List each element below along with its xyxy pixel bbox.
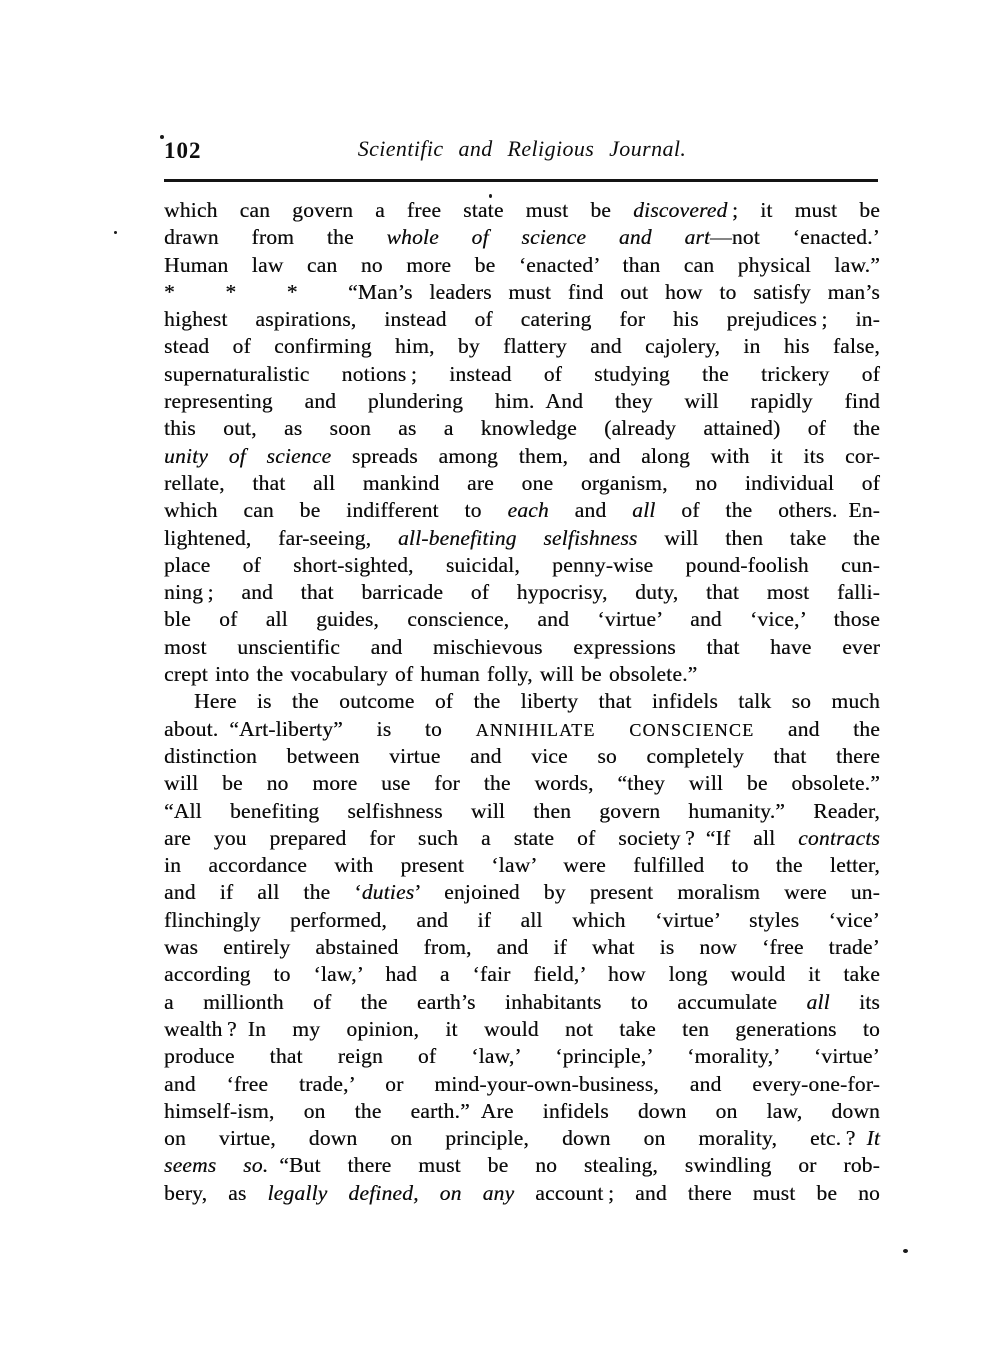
text-run: highest aspirations, instead of catering… — [164, 307, 880, 331]
text-run: “But there must be no stealing, swindlin… — [268, 1153, 880, 1177]
text-run: and the — [754, 717, 880, 741]
text-line: lightened, far-seeing, all-benefiting se… — [164, 525, 880, 552]
text-line: was entirely abstained from, and if what… — [164, 934, 880, 961]
text-line: Human law can no more be ‘enacted’ than … — [164, 252, 880, 279]
text-run: rellate, that all mankind are one organi… — [164, 471, 880, 495]
text-run: a millionth of the earth’s inhabitants t… — [164, 990, 806, 1014]
text-line: on virtue, down on principle, down on mo… — [164, 1125, 880, 1152]
text-run: flinchingly performed, and if all which … — [164, 908, 880, 932]
text-run: and ‘free trade,’ or mind-your-own-busin… — [164, 1072, 880, 1096]
text-line: about. “Art-liberty” is to ANNIHILATE CO… — [164, 716, 880, 743]
text-line: drawn from the whole of science and art—… — [164, 224, 880, 251]
small-caps-run: ANNIHILATE CONSCIENCE — [476, 720, 755, 740]
text-line: a millionth of the earth’s inhabitants t… — [164, 989, 880, 1016]
text-run: lightened, far-seeing, — [164, 526, 398, 550]
text-line: produce that reign of ‘law,’ ‘principle,… — [164, 1043, 880, 1070]
text-line: “All benefiting selfishness will then go… — [164, 798, 880, 825]
paragraph: which can govern a free state must be di… — [164, 197, 880, 688]
text-run: * * * “Man’s leaders must find out how t… — [164, 280, 880, 304]
text-run: most unscientific and mischievous expres… — [164, 635, 880, 659]
text-run: Human law can no more be ‘enacted’ than … — [164, 253, 880, 277]
text-run: which can govern a free state must be — [164, 198, 633, 222]
scan-speck — [489, 194, 492, 198]
text-line: representing and plundering him. And the… — [164, 388, 880, 415]
text-line: * * * “Man’s leaders must find out how t… — [164, 279, 880, 306]
italic-run: all — [632, 498, 655, 522]
text-line: supernaturalistic notions ; instead of s… — [164, 361, 880, 388]
text-run: crept into the vocabulary of human folly… — [164, 662, 697, 686]
text-run: produce that reign of ‘law,’ ‘principle,… — [164, 1044, 880, 1068]
text-line: are you prepared for such a state of soc… — [164, 825, 880, 852]
text-run: and if all the ‘ — [164, 880, 362, 904]
text-run: himself-ism, on the earth.” Are infidels… — [164, 1099, 880, 1123]
italic-run: all — [806, 990, 829, 1014]
italic-run: It — [866, 1126, 880, 1150]
text-run: its — [830, 990, 880, 1014]
text-run: bery, as — [164, 1181, 268, 1205]
text-run: of the others. En- — [655, 498, 880, 522]
text-line: ning ; and that barricade of hypocrisy, … — [164, 579, 880, 606]
text-line: crept into the vocabulary of human folly… — [164, 661, 880, 688]
text-line: most unscientific and mischievous expres… — [164, 634, 880, 661]
text-line: unity of science spreads among them, and… — [164, 443, 880, 470]
italic-run: duties — [362, 880, 415, 904]
text-line: and if all the ‘duties’ enjoined by pres… — [164, 879, 880, 906]
text-line: bery, as legally defined, on any account… — [164, 1180, 880, 1207]
italic-run: legally defined, on any — [268, 1181, 515, 1205]
text-line: seems so. “But there must be no stealing… — [164, 1152, 880, 1179]
text-line: stead of confirming him, by flattery and… — [164, 333, 880, 360]
text-run: which can be indifferent to — [164, 498, 507, 522]
text-line: ble of all guides, conscience, and ‘virt… — [164, 606, 880, 633]
text-run: “All benefiting selfishness will then go… — [164, 799, 880, 823]
text-run: account ; and there must be no — [514, 1181, 880, 1205]
text-run: representing and plundering him. And the… — [164, 389, 880, 413]
text-run: ; it must be — [727, 198, 880, 222]
italic-run: whole of science and art — [386, 225, 710, 249]
text-run: about. “Art-liberty” is to — [164, 717, 476, 741]
text-run: supernaturalistic notions ; instead of s… — [164, 362, 880, 386]
text-run: this out, as soon as a knowledge (alread… — [164, 416, 880, 440]
italic-run: discovered — [633, 198, 727, 222]
body-text: which can govern a free state must be di… — [164, 197, 880, 1207]
text-run: ning ; and that barricade of hypocrisy, … — [164, 580, 880, 604]
italic-run: each — [507, 498, 548, 522]
italic-run: unity of science — [164, 444, 331, 468]
text-line: this out, as soon as a knowledge (alread… — [164, 415, 880, 442]
scan-speck — [903, 1249, 908, 1253]
text-line: wealth ? In my opinion, it would not tak… — [164, 1016, 880, 1043]
text-line: according to ‘law,’ had a ‘fair field,’ … — [164, 961, 880, 988]
text-run: stead of confirming him, by flattery and… — [164, 334, 880, 358]
text-line: which can be indifferent to each and all… — [164, 497, 880, 524]
text-run: place of short-sighted, suicidal, penny-… — [164, 553, 880, 577]
text-run: ble of all guides, conscience, and ‘virt… — [164, 607, 880, 631]
text-run: according to ‘law,’ had a ‘fair field,’ … — [164, 962, 880, 986]
text-run: and — [549, 498, 632, 522]
text-line: which can govern a free state must be di… — [164, 197, 880, 224]
text-run: distinction between virtue and vice so c… — [164, 744, 880, 768]
scan-speck — [160, 135, 164, 139]
italic-run: all-benefiting selfishness — [398, 526, 638, 550]
text-run: ’ enjoined by present moralism were un- — [414, 880, 880, 904]
text-line: himself-ism, on the earth.” Are infidels… — [164, 1098, 880, 1125]
text-run: Here is the outcome of the liberty that … — [194, 689, 880, 713]
text-line: Here is the outcome of the liberty that … — [164, 688, 880, 715]
text-line: distinction between virtue and vice so c… — [164, 743, 880, 770]
header-rule — [164, 179, 878, 182]
text-line: and ‘free trade,’ or mind-your-own-busin… — [164, 1071, 880, 1098]
text-run: will then take the — [638, 526, 881, 550]
italic-run: contracts — [798, 826, 880, 850]
text-run: spreads among them, and along with it it… — [331, 444, 880, 468]
text-line: flinchingly performed, and if all which … — [164, 907, 880, 934]
text-run: in accordance with present ‘law’ were fu… — [164, 853, 880, 877]
text-line: place of short-sighted, suicidal, penny-… — [164, 552, 880, 579]
text-run: wealth ? In my opinion, it would not tak… — [164, 1017, 880, 1041]
text-line: will be no more use for the words, “they… — [164, 770, 880, 797]
journal-title: Scientific and Religious Journal. — [164, 136, 880, 162]
page-header: 102 Scientific and Religious Journal. — [164, 136, 880, 170]
text-run: on virtue, down on principle, down on mo… — [164, 1126, 866, 1150]
paragraph: Here is the outcome of the liberty that … — [164, 688, 880, 1207]
italic-run: seems so. — [164, 1153, 268, 1177]
scan-speck — [114, 231, 117, 234]
text-run: are you prepared for such a state of soc… — [164, 826, 798, 850]
text-line: in accordance with present ‘law’ were fu… — [164, 852, 880, 879]
journal-page: 102 Scientific and Religious Journal. wh… — [0, 0, 1000, 1371]
text-run: was entirely abstained from, and if what… — [164, 935, 880, 959]
text-run: drawn from the — [164, 225, 386, 249]
text-line: highest aspirations, instead of catering… — [164, 306, 880, 333]
text-run: —not ‘enacted.’ — [710, 225, 880, 249]
text-run: will be no more use for the words, “they… — [164, 771, 880, 795]
text-line: rellate, that all mankind are one organi… — [164, 470, 880, 497]
